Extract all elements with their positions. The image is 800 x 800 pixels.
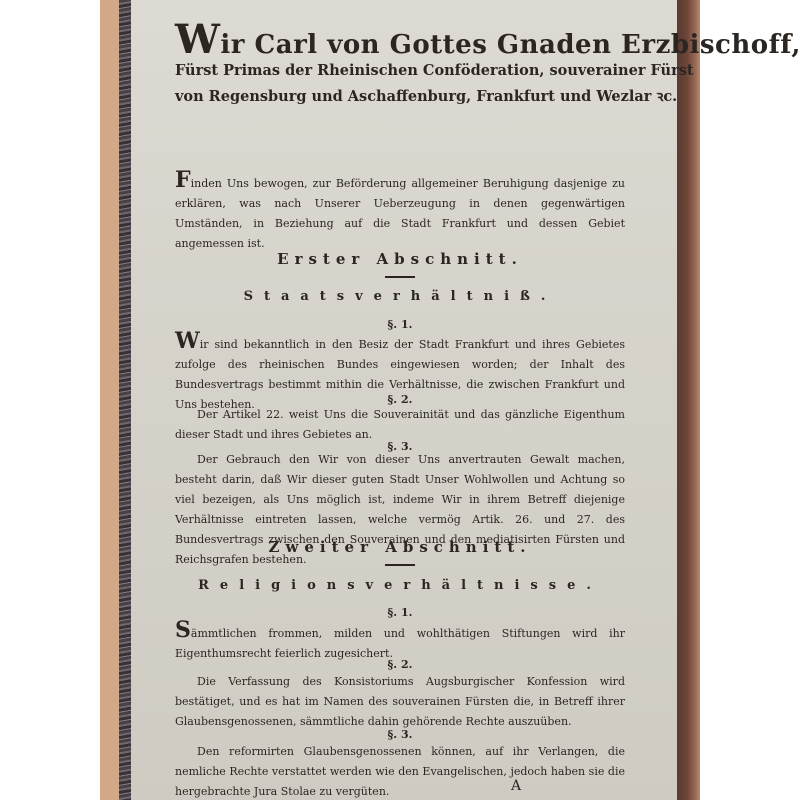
binding-marbled-edge <box>119 0 131 800</box>
binding-tan-edge <box>100 0 120 800</box>
section-rule-2 <box>385 564 415 566</box>
section-heading-2: Zweiter Abschnitt. <box>175 538 625 556</box>
signature-mark: A <box>511 778 521 794</box>
paragraph-initial: W <box>175 328 200 354</box>
paragraph-mark: §. 1. <box>175 606 625 619</box>
section-heading-1: Erster Abschnitt. <box>175 250 625 268</box>
section-subheading-1: Staatsverhältniß. <box>175 289 625 304</box>
intro-paragraph: Finden Uns bewogen, zur Beförderung allg… <box>175 172 625 254</box>
paragraph-initial: S <box>175 617 191 643</box>
section2-paragraph3: Den reformirten Glaubensgenossenen könne… <box>175 742 625 800</box>
paragraph-mark: §. 3. <box>175 728 625 741</box>
paragraph-mark: §. 1. <box>175 318 625 331</box>
paragraph-text: ämmtlichen frommen, milden und wohlthäti… <box>175 627 625 660</box>
document-title: Wir Carl von Gottes Gnaden Erzbischoff, <box>175 16 625 63</box>
title-initial: W <box>175 16 220 63</box>
section1-paragraph2: Der Artikel 22. weist Uns die Souveraini… <box>175 405 625 445</box>
title-line3: von Regensburg und Aschaffenburg, Frankf… <box>175 86 625 106</box>
paragraph-mark: §. 2. <box>175 658 625 671</box>
section2-paragraph2: Die Verfassung des Konsistoriums Augsbur… <box>175 672 625 732</box>
title-line2: Fürst Primas der Rheinischen Conföderati… <box>175 62 625 79</box>
intro-initial: F <box>175 167 191 193</box>
intro-text: inden Uns bewogen, zur Beförderung allge… <box>175 177 625 250</box>
title-line1: ir Carl von Gottes Gnaden Erzbischoff, <box>220 30 800 60</box>
section-rule-1 <box>385 276 415 278</box>
section-subheading-2: Religionsverhältnisse. <box>175 578 625 593</box>
binding-right-edge <box>677 0 700 800</box>
